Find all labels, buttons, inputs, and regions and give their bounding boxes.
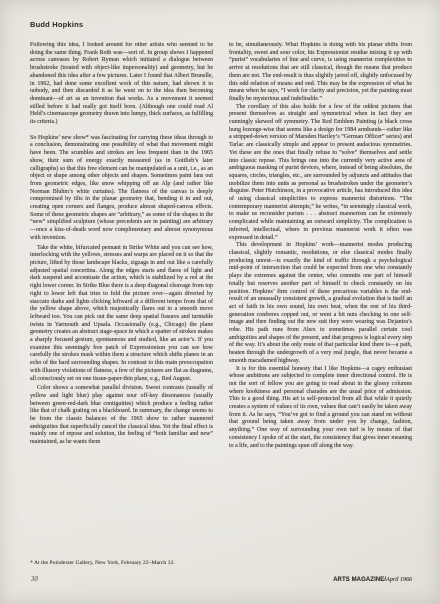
footnote: * At the Poindexter Gallery, New York, F… [30, 560, 216, 566]
paragraph: Color shows a somewhat parallel division… [30, 385, 213, 447]
paragraph: So Hopkins’ new show* was fascinating fo… [30, 135, 213, 243]
paragraph: Take the white, bifurcated pennant in St… [30, 245, 213, 384]
paragraph: This development in Hopkins’ work—manner… [229, 242, 412, 365]
right-column: to be, simultaneously. What Hopkins is d… [229, 42, 412, 548]
author-heading: Budd Hopkins [30, 20, 412, 29]
journal-name: ARTS MAGAZINE/ [333, 577, 386, 583]
magazine-page: Budd Hopkins Following this idea, I look… [0, 0, 440, 604]
paragraph: to be, simultaneously. What Hopkins is d… [229, 42, 412, 104]
journal-credit: ARTS MAGAZINE/April 1966 [333, 577, 412, 583]
paragraph: Following this idea, I looked around for… [30, 42, 213, 127]
paragraph: It is for this essential honesty that I … [229, 366, 412, 451]
left-column: Following this idea, I looked around for… [30, 42, 213, 548]
paragraph: The corollary of this also holds for a f… [229, 104, 412, 243]
article-body: Following this idea, I looked around for… [30, 42, 412, 548]
page-number: 30 [31, 576, 38, 583]
journal-issue: April 1966 [386, 577, 412, 583]
